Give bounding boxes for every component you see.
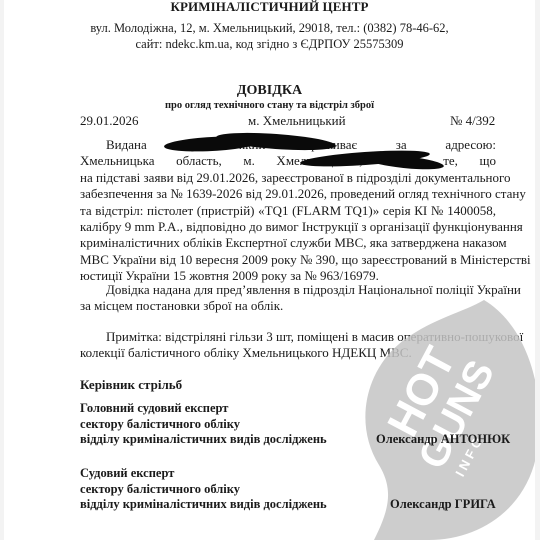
signer1-name: Олександр АНТОНЮК [376,432,510,447]
document-page: КРИМІНАЛІСТИЧНИЙ ЦЕНТР вул. Молодіжна, 1… [4,0,535,540]
address-line-2: сайт: ndekc.km.ua, код згідно з ЄДРПОУ 2… [4,37,535,52]
note-paragraph: Примітка: відстріляні гільзи 3 шт, поміщ… [80,329,496,362]
document-date: 29.01.2026 [80,113,139,129]
para-line: на підставі заяви від 29.01.2026, зареєс… [80,170,496,186]
para-line: калібру 9 mm P.A., відповідно до вимог І… [80,219,496,235]
document-title: ДОВІДКА [4,83,535,99]
org-name: КРИМІНАЛІСТИЧНИЙ ЦЕНТР [4,0,535,15]
position-line: відділу криміналістичних видів досліджен… [80,432,327,448]
signer1-position: Головний судовий експерт сектору балісти… [80,401,327,448]
para-line: Примітка: відстріляні гільзи 3 шт, поміщ… [80,329,496,345]
para-line: за місцем постановки зброї на облік. [80,298,496,314]
para-line: та відстріл: пістолет (пристрій) «TQ1 (F… [80,203,496,219]
purpose-paragraph: Довідка надана для пред’явлення в підроз… [80,282,496,315]
position-line: відділу криміналістичних видів досліджен… [80,497,327,513]
position-line: Головний судовий експерт [80,401,327,417]
signer2-position: Судовий експерт сектору балістичного обл… [80,466,327,513]
para-line: забезпечення за № 1639-2026 від 29.01.20… [80,186,496,202]
para-line: МВС України від 10 вересня 2009 року № 3… [80,252,496,268]
position-line: сектору балістичного обліку [80,417,327,433]
document-number: № 4/392 [450,113,495,129]
document-subtitle: про огляд технічного стану та відстріл з… [4,100,535,111]
signer2-name: Олександр ГРИГА [390,497,496,512]
position-line: сектору балістичного обліку [80,482,327,498]
watermark-guns: GUNS [410,353,503,476]
para-line: криміналістичних обліків Експертної служ… [80,235,496,251]
main-paragraph: Видана гр. який проживає за адресою: Хме… [80,137,496,285]
position-line: Судовий експерт [80,466,327,482]
address-line-1: вул. Молодіжна, 12, м. Хмельницький, 290… [4,21,535,36]
para-line: Довідка надана для пред’явлення в підроз… [80,282,496,298]
document-city: м. Хмельницький [248,113,346,129]
firing-supervisor-heading: Керівник стрільб [80,377,182,393]
para-line: колекції балістичного обліку Хмельницько… [80,345,496,361]
